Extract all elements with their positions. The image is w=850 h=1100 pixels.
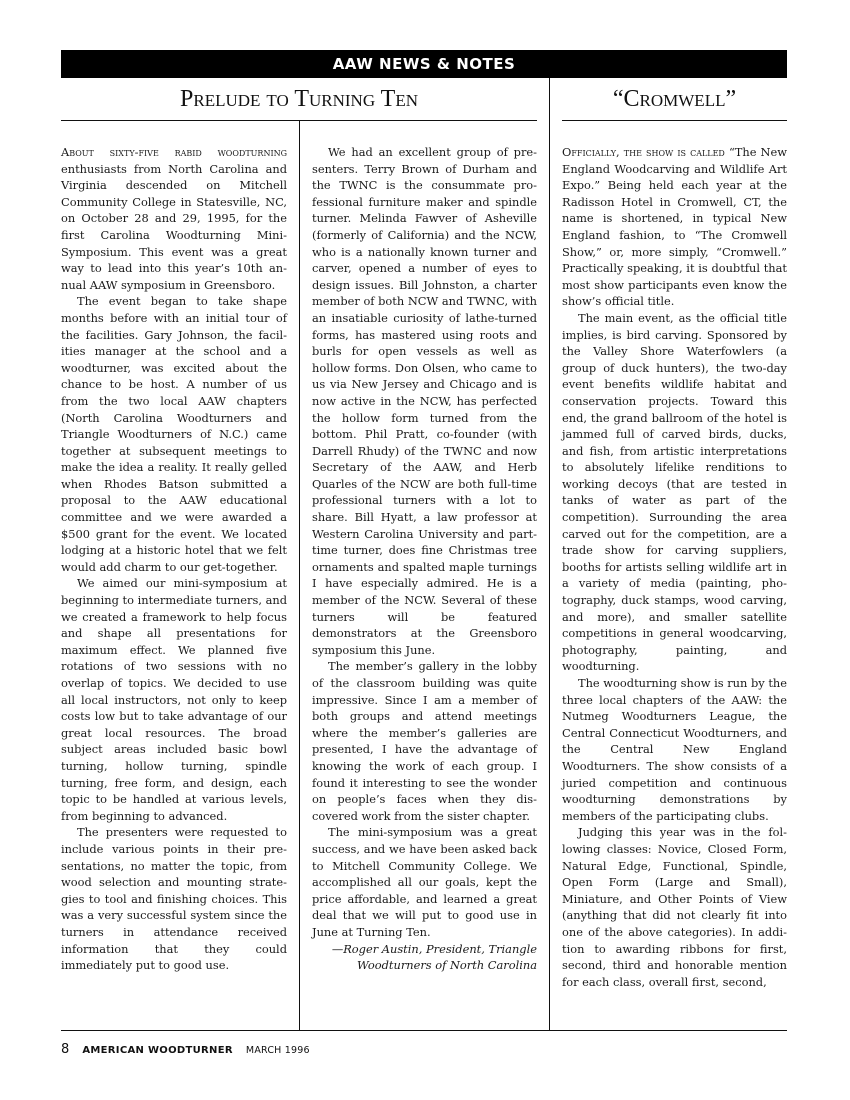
paragraph: We aimed our mini-symposium at beginning… (61, 575, 287, 824)
magazine-page: AAW NEWS & NOTES Prelude to Turning Ten … (0, 0, 850, 1100)
paragraph: The mini-symposium was a great success, … (312, 824, 537, 940)
prelude-column-1: About sixty-five rabid woodturning enthu… (61, 144, 287, 974)
cromwell-column: Officially, the show is called “The New … (562, 144, 787, 990)
column-divider (299, 120, 300, 1030)
page-number: 8 (61, 1042, 69, 1057)
paragraph: About sixty-five rabid woodturning enthu… (61, 144, 287, 293)
attribution-line-2: Woodturners of North Carolina (312, 957, 537, 974)
paragraph: Officially, the show is called “The New … (562, 144, 787, 310)
section-title: AAW NEWS & NOTES (333, 55, 516, 73)
paragraph: The presenters were requested to include… (61, 824, 287, 973)
page-footer: 8 AMERICAN WOODTURNER MARCH 1996 (61, 1038, 310, 1056)
paragraph-text: enthusiasts from North Carolina and Virg… (61, 162, 287, 292)
article-divider (549, 78, 550, 1030)
paragraph: The event began to take shape months bef… (61, 293, 287, 575)
article-headline-prelude: Prelude to Turning Ten (61, 82, 537, 116)
magazine-title: AMERICAN WOODTURNER (82, 1045, 232, 1056)
prelude-column-2: We had an excellent group of pre­senters… (312, 144, 537, 974)
issue-date: MARCH 1996 (246, 1045, 310, 1056)
paragraph: The woodturning show is run by the three… (562, 675, 787, 824)
author-attribution: —Roger Austin, President, Triangle Woodt… (312, 941, 537, 974)
paragraph: The main event, as the official title im… (562, 310, 787, 675)
footer-rule (61, 1030, 787, 1031)
article-headline-cromwell: “Cromwell” (562, 82, 787, 116)
section-banner: AAW NEWS & NOTES (61, 50, 787, 78)
lead-in-smallcaps: Officially, the show is called (562, 145, 725, 159)
paragraph-text: “The New England Woodcarving and Wildlif… (562, 145, 787, 308)
lead-in-smallcaps: About sixty-five rabid woodturning (61, 145, 287, 159)
headline-rule-right (562, 120, 787, 121)
paragraph: Judging this year was in the fol­lowing … (562, 824, 787, 990)
attribution-line-1: —Roger Austin, President, Triangle (312, 941, 537, 958)
paragraph: The member’s gallery in the lobby of the… (312, 658, 537, 824)
paragraph: We had an excellent group of pre­senters… (312, 144, 537, 658)
